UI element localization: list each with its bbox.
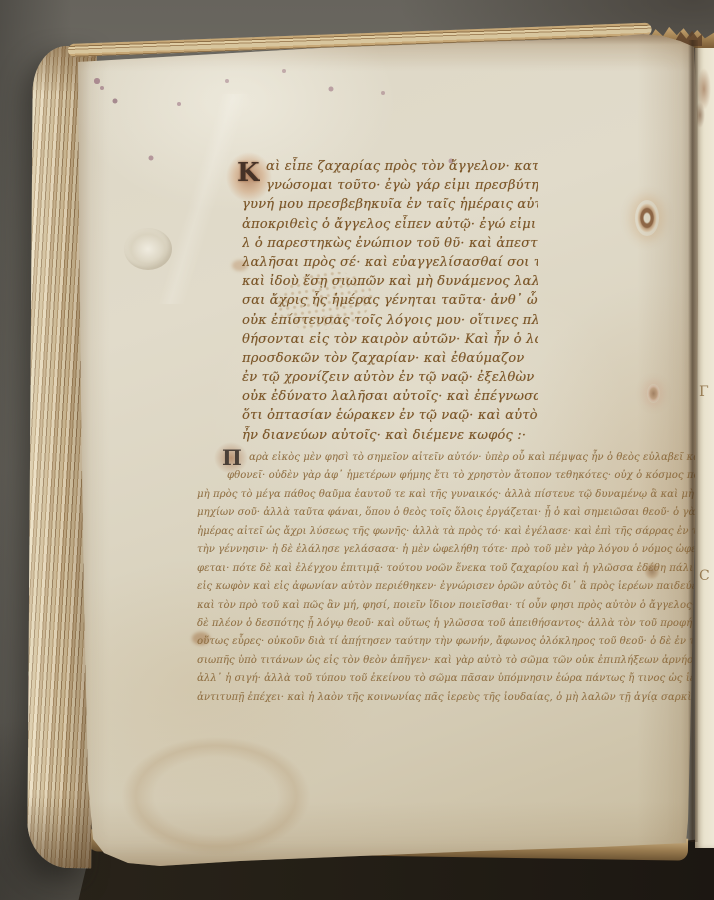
commentary-line: φεται· πότε δὲ καὶ ἐλέγχου ἐπιτιμᾷ· τούτ…: [197, 560, 695, 578]
gospel-text-block: αὶ εἶπε ζαχαρίας πρὸς τὸν ἄγγελον· κατὰ …: [242, 157, 538, 445]
margin-letter-sigma: C: [699, 568, 710, 584]
commentary-line: ἀλλ᾽ ἡ σιγή· ἀλλὰ τοῦ τύπου τοῦ ἐκείνου …: [197, 670, 695, 688]
gospel-text-line: καὶ ἰδοὺ ἔσῃ σιωπῶν καὶ μὴ δυνάμενος λαλ…: [242, 272, 538, 291]
commentary-line: φθονεῖ· οὐδὲν γὰρ ἀφ᾽ ἡμετέρων φήμης ἔτι…: [197, 467, 695, 485]
commentary-line: καὶ τὸν πρὸ τοῦ καὶ πῶς ἂν μή, φησί, ποι…: [197, 597, 695, 615]
gospel-text-line: ἐν τῷ χρονίζειν αὐτὸν ἐν τῷ ναῷ· ἐξελθὼν…: [242, 368, 538, 387]
gospel-text-line: αὶ εἶπε ζαχαρίας πρὸς τὸν ἄγγελον· κατὰ …: [242, 157, 538, 176]
gospel-text-line: προσδοκῶν τὸν ζαχαρίαν· καὶ ἐθαύμαζον: [242, 349, 538, 368]
gospel-text-line: οὐκ ἐπίστευσας τοῖς λόγοις μου· οἵτινες …: [242, 311, 538, 330]
commentary-line: αρὰ εἰκὸς μὲν φησὶ τὸ σημεῖον αἰτεῖν αὐτ…: [197, 449, 695, 467]
commentary-line: μηχίων σοῦ· ἀλλὰ ταῦτα φάναι, ὅπου ὁ θεὸ…: [197, 504, 695, 522]
gospel-text-line: σαι ἄχρις ἧς ἡμέρας γένηται ταῦτα· ἀνθ᾽ …: [242, 291, 538, 310]
gospel-text-line: ὅτι ὀπτασίαν ἑώρακεν ἐν τῷ ναῷ· καὶ αὐτὸ…: [242, 406, 538, 425]
right-edge-bleed-spot: [647, 384, 660, 403]
commentary-line: δὲ πλέον ὁ δεσπότης ᾗ λόγῳ θεοῦ· καὶ οὕτ…: [197, 615, 695, 633]
commentary-line: εἰς κωφὸν καὶ εἰς ἀφωνίαν αὐτὸν περιέθηκ…: [197, 578, 695, 596]
gospel-text-line: λαλῆσαι πρὸς σέ· καὶ εὐαγγελίσασθαί σοι …: [242, 253, 538, 272]
commentary-line: μὴ πρὸς τὸ μέγα πάθος θαῦμα ἑαυτοῦ τε κα…: [197, 486, 695, 504]
gospel-text-line: ἦν διανεύων αὐτοῖς· καὶ διέμενε κωφός :·: [242, 426, 538, 445]
embossed-blemish: [124, 228, 172, 270]
catena-commentary-block: αρὰ εἰκὸς μὲν φησὶ τὸ σημεῖον αἰτεῖν αὐτ…: [197, 449, 695, 707]
gospel-text-line: θήσονται εἰς τὸν καιρὸν αὐτῶν· Καὶ ἦν ὁ …: [242, 330, 538, 349]
gospel-text-line: οὐκ ἐδύνατο λαλῆσαι αὐτοῖς· καὶ ἐπέγνωσα…: [242, 387, 538, 406]
gutter-fold-shadow: [688, 40, 698, 842]
commentary-line: ἡμέρας αἰτεῖ ὡς ἄχρι λύσεως τῆς φωνῆς· ἀ…: [197, 523, 695, 541]
gospel-text-line: γυνή μου πρεσβεβηκυῖα ἐν ταῖς ἡμέραις αὐ…: [242, 195, 538, 214]
commentary-line: σιωπῆς ὑπὸ τιτάνων ὡς εἰς τὸν θεὸν ἀπῆγε…: [197, 652, 695, 670]
commentary-line: τὴν γέννησιν· ἡ δὲ ἐλάλησε γελάσασα· ἡ μ…: [197, 541, 695, 559]
commentary-line: οὕτως εὗρες· οὐκοῦν διὰ τί ἀπῄτησεν ταύτ…: [197, 633, 695, 651]
margin-letter-gamma: Γ: [699, 384, 709, 400]
gospel-text-line: λ ὁ παρεστηκὼς ἐνώπιον τοῦ θῦ· καὶ ἀπεστ…: [242, 234, 538, 253]
gospel-text-line: ἀποκριθεὶς ὁ ἄγγελος εἶπεν αὐτῷ· ἐγώ εἰμ…: [242, 215, 538, 234]
gospel-text-line: γνώσομαι τοῦτο· ἐγὼ γάρ εἰμι πρεσβύτης· …: [242, 176, 538, 195]
commentary-line: ἀντιτυπῇ ἐπέχει· καὶ ἡ λαὸν τῆς κοινωνία…: [197, 689, 695, 707]
water-stain: [98, 722, 334, 870]
manuscript-page: Κ αὶ εἶπε ζαχαρίας πρὸς τὸν ἄγγελον· κατ…: [72, 34, 700, 868]
ink-burn-ring-stain: [635, 200, 659, 236]
